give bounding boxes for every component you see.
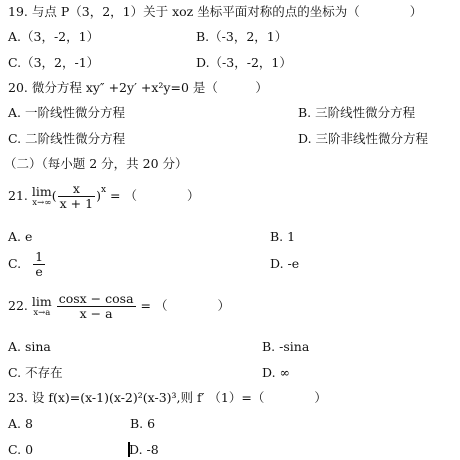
question-22-stem: 22. lim x→a cosx − cosa x − a = （ ）	[8, 292, 230, 321]
q22-option-c: C. 不存在	[8, 365, 63, 381]
q20-option-d: D. 三阶非线性微分方程	[298, 131, 428, 147]
q22-fraction: cosx − cosa x − a	[57, 292, 136, 321]
q22-limit: lim x→a	[32, 296, 52, 318]
q19-option-b: B.（-3，2，1）	[196, 29, 287, 45]
q21-option-c: C. 1 e	[8, 250, 46, 279]
q19-option-a: A.（3，-2，1）	[8, 29, 99, 45]
q20-option-c: C. 二阶线性微分方程	[8, 131, 125, 147]
q19-option-c: C.（3，2，-1）	[8, 55, 99, 71]
q20-option-a: A. 一阶线性微分方程	[8, 105, 125, 121]
q22-number: 22.	[8, 298, 28, 313]
q21-number: 21.	[8, 188, 28, 203]
section-header: （二）（每小题 2 分，共 20 分）	[4, 156, 188, 172]
question-21-stem: 21. lim x→∞ ( x x + 1 )x = （ ）	[8, 182, 199, 211]
q23-option-b: B. 6	[130, 416, 155, 432]
question-23-stem: 23. 设 f(x)=(x-1)(x-2)²(x-3)³,则 f′ （1）=（ …	[8, 390, 327, 406]
q21-option-b: B. 1	[270, 229, 295, 245]
q21-limit: lim x→∞	[32, 186, 52, 208]
question-20-stem: 20. 微分方程 xy″ +2y′ +x²y=0 是（ ）	[8, 80, 268, 96]
q23-option-d: D. -8	[128, 442, 159, 458]
q21-option-c-fraction: 1 e	[33, 250, 45, 279]
q22-option-a: A. sina	[8, 339, 51, 355]
q19-option-d: D.（-3，-2，1）	[196, 55, 292, 71]
q21-option-a: A. e	[8, 229, 32, 245]
q22-option-b: B. -sina	[262, 339, 309, 355]
q22-option-d: D. ∞	[262, 365, 290, 381]
q23-option-c: C. 0	[8, 442, 33, 458]
q23-option-a: A. 8	[8, 416, 33, 432]
q20-option-b: B. 三阶线性微分方程	[298, 105, 415, 121]
q21-fraction: x x + 1	[58, 182, 95, 211]
q21-option-d: D. -e	[270, 256, 299, 272]
question-19-stem: 19. 与点 P（3，2，1）关于 xoz 坐标平面对称的点的坐标为（ ）	[8, 4, 422, 20]
